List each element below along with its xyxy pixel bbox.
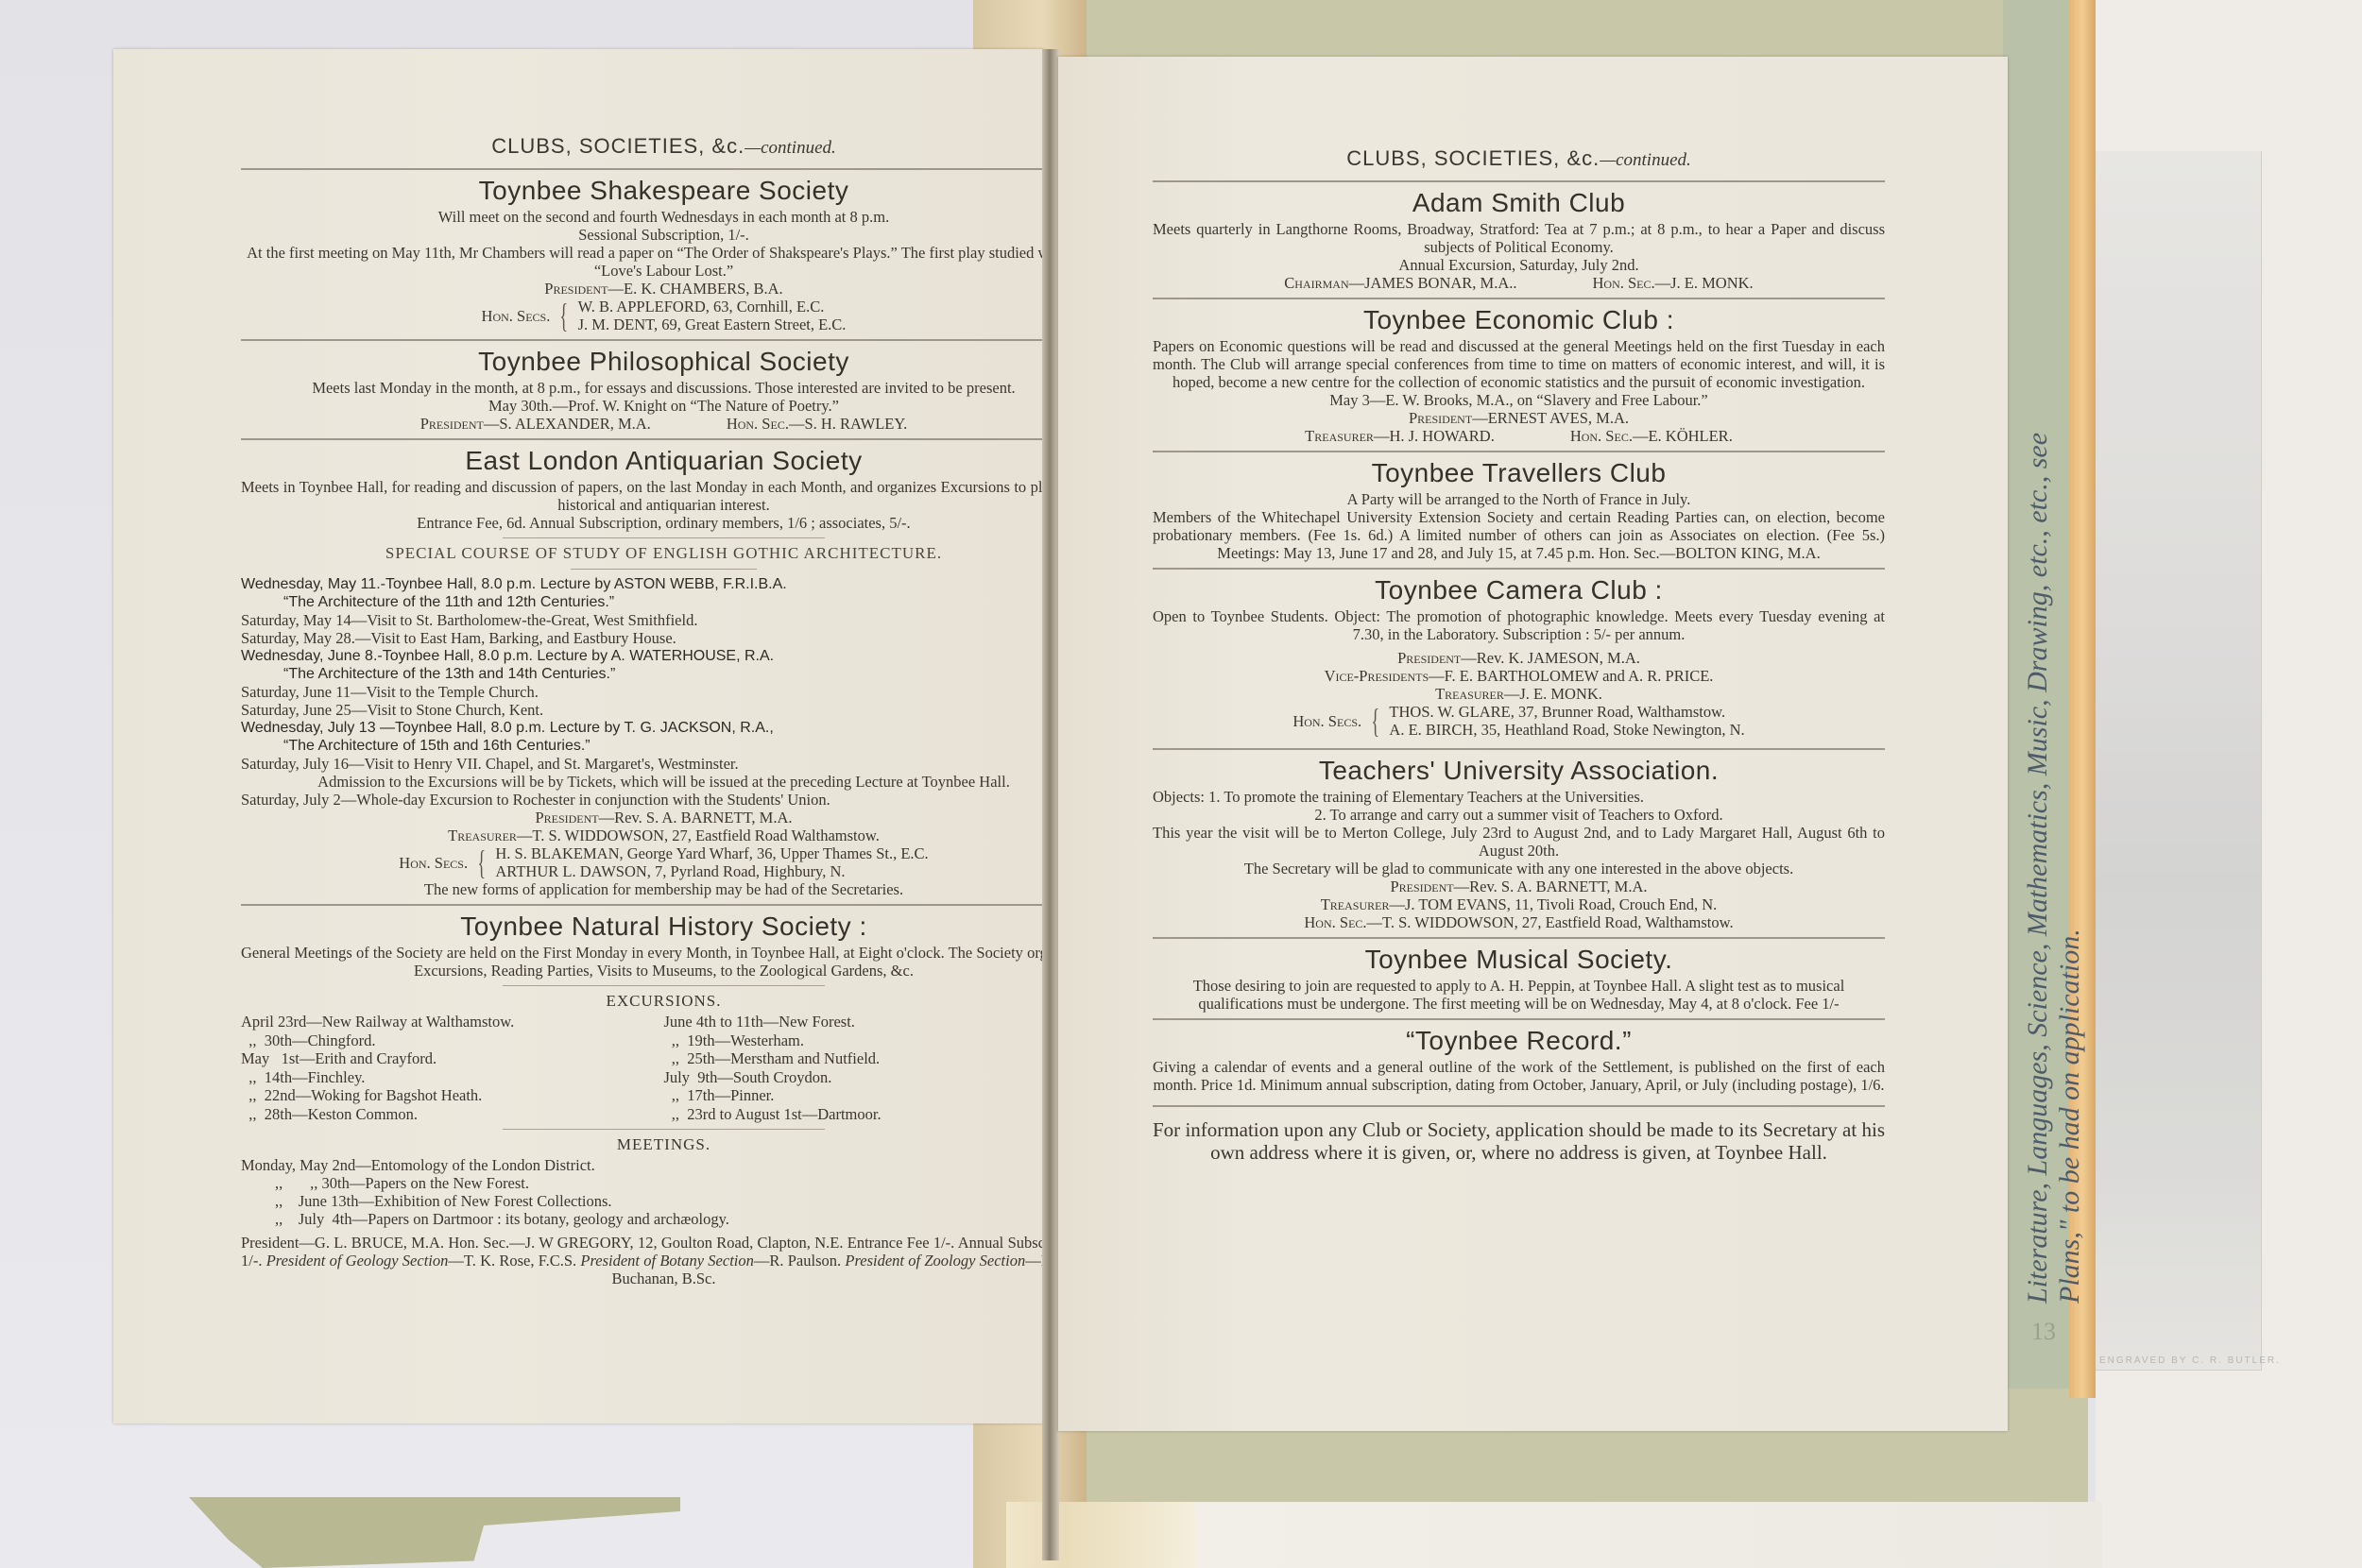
footer-note: For information upon any Club or Society… bbox=[1153, 1118, 1885, 1164]
adam-smith-club: Adam Smith Club Meets quarterly in Langt… bbox=[1153, 188, 1885, 292]
left-page: CLUBS, SOCIETIES, &c.—continued. Toynbee… bbox=[113, 49, 1044, 1423]
section-title: Toynbee Economic Club : bbox=[1153, 305, 1885, 335]
section-title: Toynbee Philosophical Society bbox=[241, 347, 1087, 377]
bottom-paper-strips bbox=[1006, 1502, 1195, 1568]
right-page: CLUBS, SOCIETIES, &c.—continued. Adam Sm… bbox=[1058, 57, 2008, 1431]
section-title: Toynbee Natural History Society : bbox=[241, 912, 1087, 942]
pencil-page-number: 13 bbox=[2031, 1318, 2056, 1346]
vertical-margin-note: Literature, Languages, Science, Mathemat… bbox=[2022, 433, 2086, 1304]
president-line: President—Rev. K. JAMESON, M.A. bbox=[1153, 649, 1885, 667]
section-title: East London Antiquarian Society bbox=[241, 446, 1087, 476]
running-head: CLUBS, SOCIETIES, &c.—continued. bbox=[1153, 146, 1885, 171]
course-schedule: Wednesday, May 11.-Toynbee Hall, 8.0 p.m… bbox=[241, 575, 1087, 773]
philosophical-society: Toynbee Philosophical Society Meets last… bbox=[241, 347, 1087, 433]
shakespeare-society: Toynbee Shakespeare Society Will meet on… bbox=[241, 176, 1087, 333]
book-gutter bbox=[1042, 49, 1059, 1560]
treasurer-line: Treasurer—J. TOM EVANS, 11, Tivoli Road,… bbox=[1153, 895, 1885, 913]
section-title: Toynbee Travellers Club bbox=[1153, 458, 1885, 488]
left-page-content: CLUBS, SOCIETIES, &c.—continued. Toynbee… bbox=[241, 134, 1087, 1287]
section-title: Adam Smith Club bbox=[1153, 188, 1885, 218]
hon-secs: Hon. Secs.{ THOS. W. GLARE, 37, Brunner … bbox=[1153, 703, 1885, 739]
course-heading: SPECIAL COURSE OF STUDY OF ENGLISH GOTHI… bbox=[241, 544, 1087, 563]
president-line: President—Rev. S. A. BARNETT, M.A. bbox=[1153, 878, 1885, 895]
bottom-white-sheet bbox=[1195, 1502, 2102, 1568]
meetings-list: Monday, May 2nd—Entomology of the London… bbox=[241, 1156, 1087, 1228]
engraving-sketch bbox=[2096, 151, 2262, 1371]
section-title: Toynbee Musical Society. bbox=[1153, 945, 1885, 975]
treasurer-line: Treasurer—J. E. MONK. bbox=[1153, 685, 1885, 703]
president-line: President—E. K. CHAMBERS, B.A. bbox=[241, 280, 1087, 298]
teachers-association: Teachers' University Association. Object… bbox=[1153, 756, 1885, 931]
right-page-content: CLUBS, SOCIETIES, &c.—continued. Adam Sm… bbox=[1153, 146, 1885, 1184]
running-head: CLUBS, SOCIETIES, &c.—continued. bbox=[241, 134, 1087, 159]
hon-secs: Hon. Secs.{ W. B. APPLEFORD, 63, Cornhil… bbox=[241, 298, 1087, 333]
officers-line: President—S. ALEXANDER, M.A. Hon. Sec.—S… bbox=[241, 415, 1087, 433]
section-title: Toynbee Shakespeare Society bbox=[241, 176, 1087, 206]
engraving-caption: ENGRAVED BY C. R. BUTLER. bbox=[2099, 1355, 2281, 1366]
section-title: “Toynbee Record.” bbox=[1153, 1026, 1885, 1056]
hon-secs: Hon. Secs.{ H. S. BLAKEMAN, George Yard … bbox=[241, 844, 1087, 880]
travellers-club: Toynbee Travellers Club A Party will be … bbox=[1153, 458, 1885, 562]
vertical-note-line-1: Literature, Languages, Science, Mathemat… bbox=[2022, 433, 2054, 1304]
section-title: Toynbee Camera Club : bbox=[1153, 575, 1885, 605]
president-line: President—ERNEST AVES, M.A. bbox=[1153, 409, 1885, 427]
toynbee-record: “Toynbee Record.” Giving a calendar of e… bbox=[1153, 1026, 1885, 1094]
officers-line: Treasurer—H. J. HOWARD. Hon. Sec.—E. KÖH… bbox=[1153, 427, 1885, 445]
section-title: Teachers' University Association. bbox=[1153, 756, 1885, 786]
excursions-heading: EXCURSIONS. bbox=[241, 992, 1087, 1011]
vertical-note-line-2: Plans," to be had on application. bbox=[2054, 433, 2086, 1304]
officers-line: Chairman—JAMES BONAR, M.A.. Hon. Sec.—J.… bbox=[1153, 274, 1885, 292]
officers-paragraph: President—G. L. BRUCE, M.A. Hon. Sec.—J.… bbox=[241, 1234, 1087, 1287]
natural-history-society: Toynbee Natural History Society : Genera… bbox=[241, 912, 1087, 1287]
president-line: President—Rev. S. A. BARNETT, M.A. bbox=[241, 809, 1087, 827]
hon-sec-line: Hon. Sec.—T. S. WIDDOWSON, 27, Eastfield… bbox=[1153, 913, 1885, 931]
meetings-heading: MEETINGS. bbox=[241, 1135, 1087, 1154]
excursions-list: April 23rd—New Railway at Walthamstow. ,… bbox=[241, 1013, 1087, 1123]
camera-club: Toynbee Camera Club : Open to Toynbee St… bbox=[1153, 575, 1885, 739]
musical-society: Toynbee Musical Society. Those desiring … bbox=[1153, 945, 1885, 1013]
antiquarian-society: East London Antiquarian Society Meets in… bbox=[241, 446, 1087, 898]
treasurer-line: Treasurer—T. S. WIDDOWSON, 27, Eastfield… bbox=[241, 827, 1087, 844]
economic-club: Toynbee Economic Club : Papers on Econom… bbox=[1153, 305, 1885, 445]
vice-presidents-line: Vice-Presidents—F. E. BARTHOLOMEW and A.… bbox=[1153, 667, 1885, 685]
